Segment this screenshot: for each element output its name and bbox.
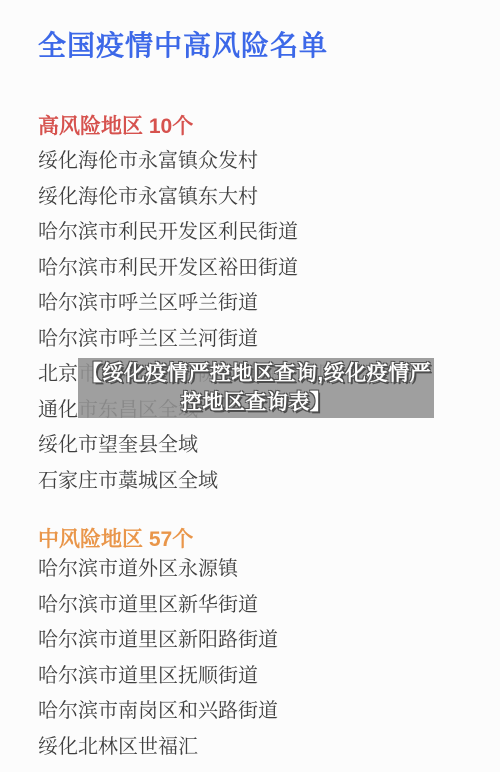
list-item: 哈尔滨市呼兰区兰河街道 [38,322,338,358]
high-risk-list: 绥化海伦市永富镇众发村 绥化海伦市永富镇东大村 哈尔滨市利民开发区利民街道 哈尔… [38,144,338,499]
watermark-overlay: 【绥化疫情严控地区查询,绥化疫情严 控地区查询表】 [78,358,434,418]
list-item: 哈尔滨市利民开发区利民街道 [38,215,338,251]
high-risk-section-header: 高风险地区 10个 [38,110,193,140]
list-item: 哈尔滨市道里区新阳路街道 [38,623,278,659]
list-item: 绥化海伦市永富镇众发村 [38,144,338,180]
watermark-text-line2: 控地区查询表】 [78,388,434,417]
medium-risk-section-header: 中风险地区 57个 [38,523,193,553]
page-title: 全国疫情中高风险名单 [38,24,328,64]
list-item: 石家庄市藁城区全域 [38,464,338,500]
risk-list-page: 全国疫情中高风险名单 高风险地区 10个 绥化海伦市永富镇众发村 绥化海伦市永富… [0,0,500,772]
high-risk-label: 高风险地区 [38,115,143,138]
list-item: 绥化市望奎县全域 [38,428,338,464]
medium-risk-label: 中风险地区 [38,528,143,551]
list-item: 哈尔滨市道里区新华街道 [38,588,278,624]
list-item: 哈尔滨市道外区永源镇 [38,552,278,588]
list-item: 哈尔滨市南岗区和兴路街道 [38,694,278,730]
list-item: 绥化北林区世福汇 [38,730,278,766]
medium-risk-count: 57个 [149,528,193,551]
medium-risk-list: 哈尔滨市道外区永源镇 哈尔滨市道里区新华街道 哈尔滨市道里区新阳路街道 哈尔滨市… [38,552,278,765]
watermark-text-line1: 【绥化疫情严控地区查询,绥化疫情严 [78,359,434,388]
list-item: 哈尔滨市利民开发区裕田街道 [38,251,338,287]
list-item: 绥化海伦市永富镇东大村 [38,180,338,216]
high-risk-count: 10个 [149,115,193,138]
list-item: 哈尔滨市呼兰区呼兰街道 [38,286,338,322]
list-item: 哈尔滨市道里区抚顺街道 [38,659,278,695]
